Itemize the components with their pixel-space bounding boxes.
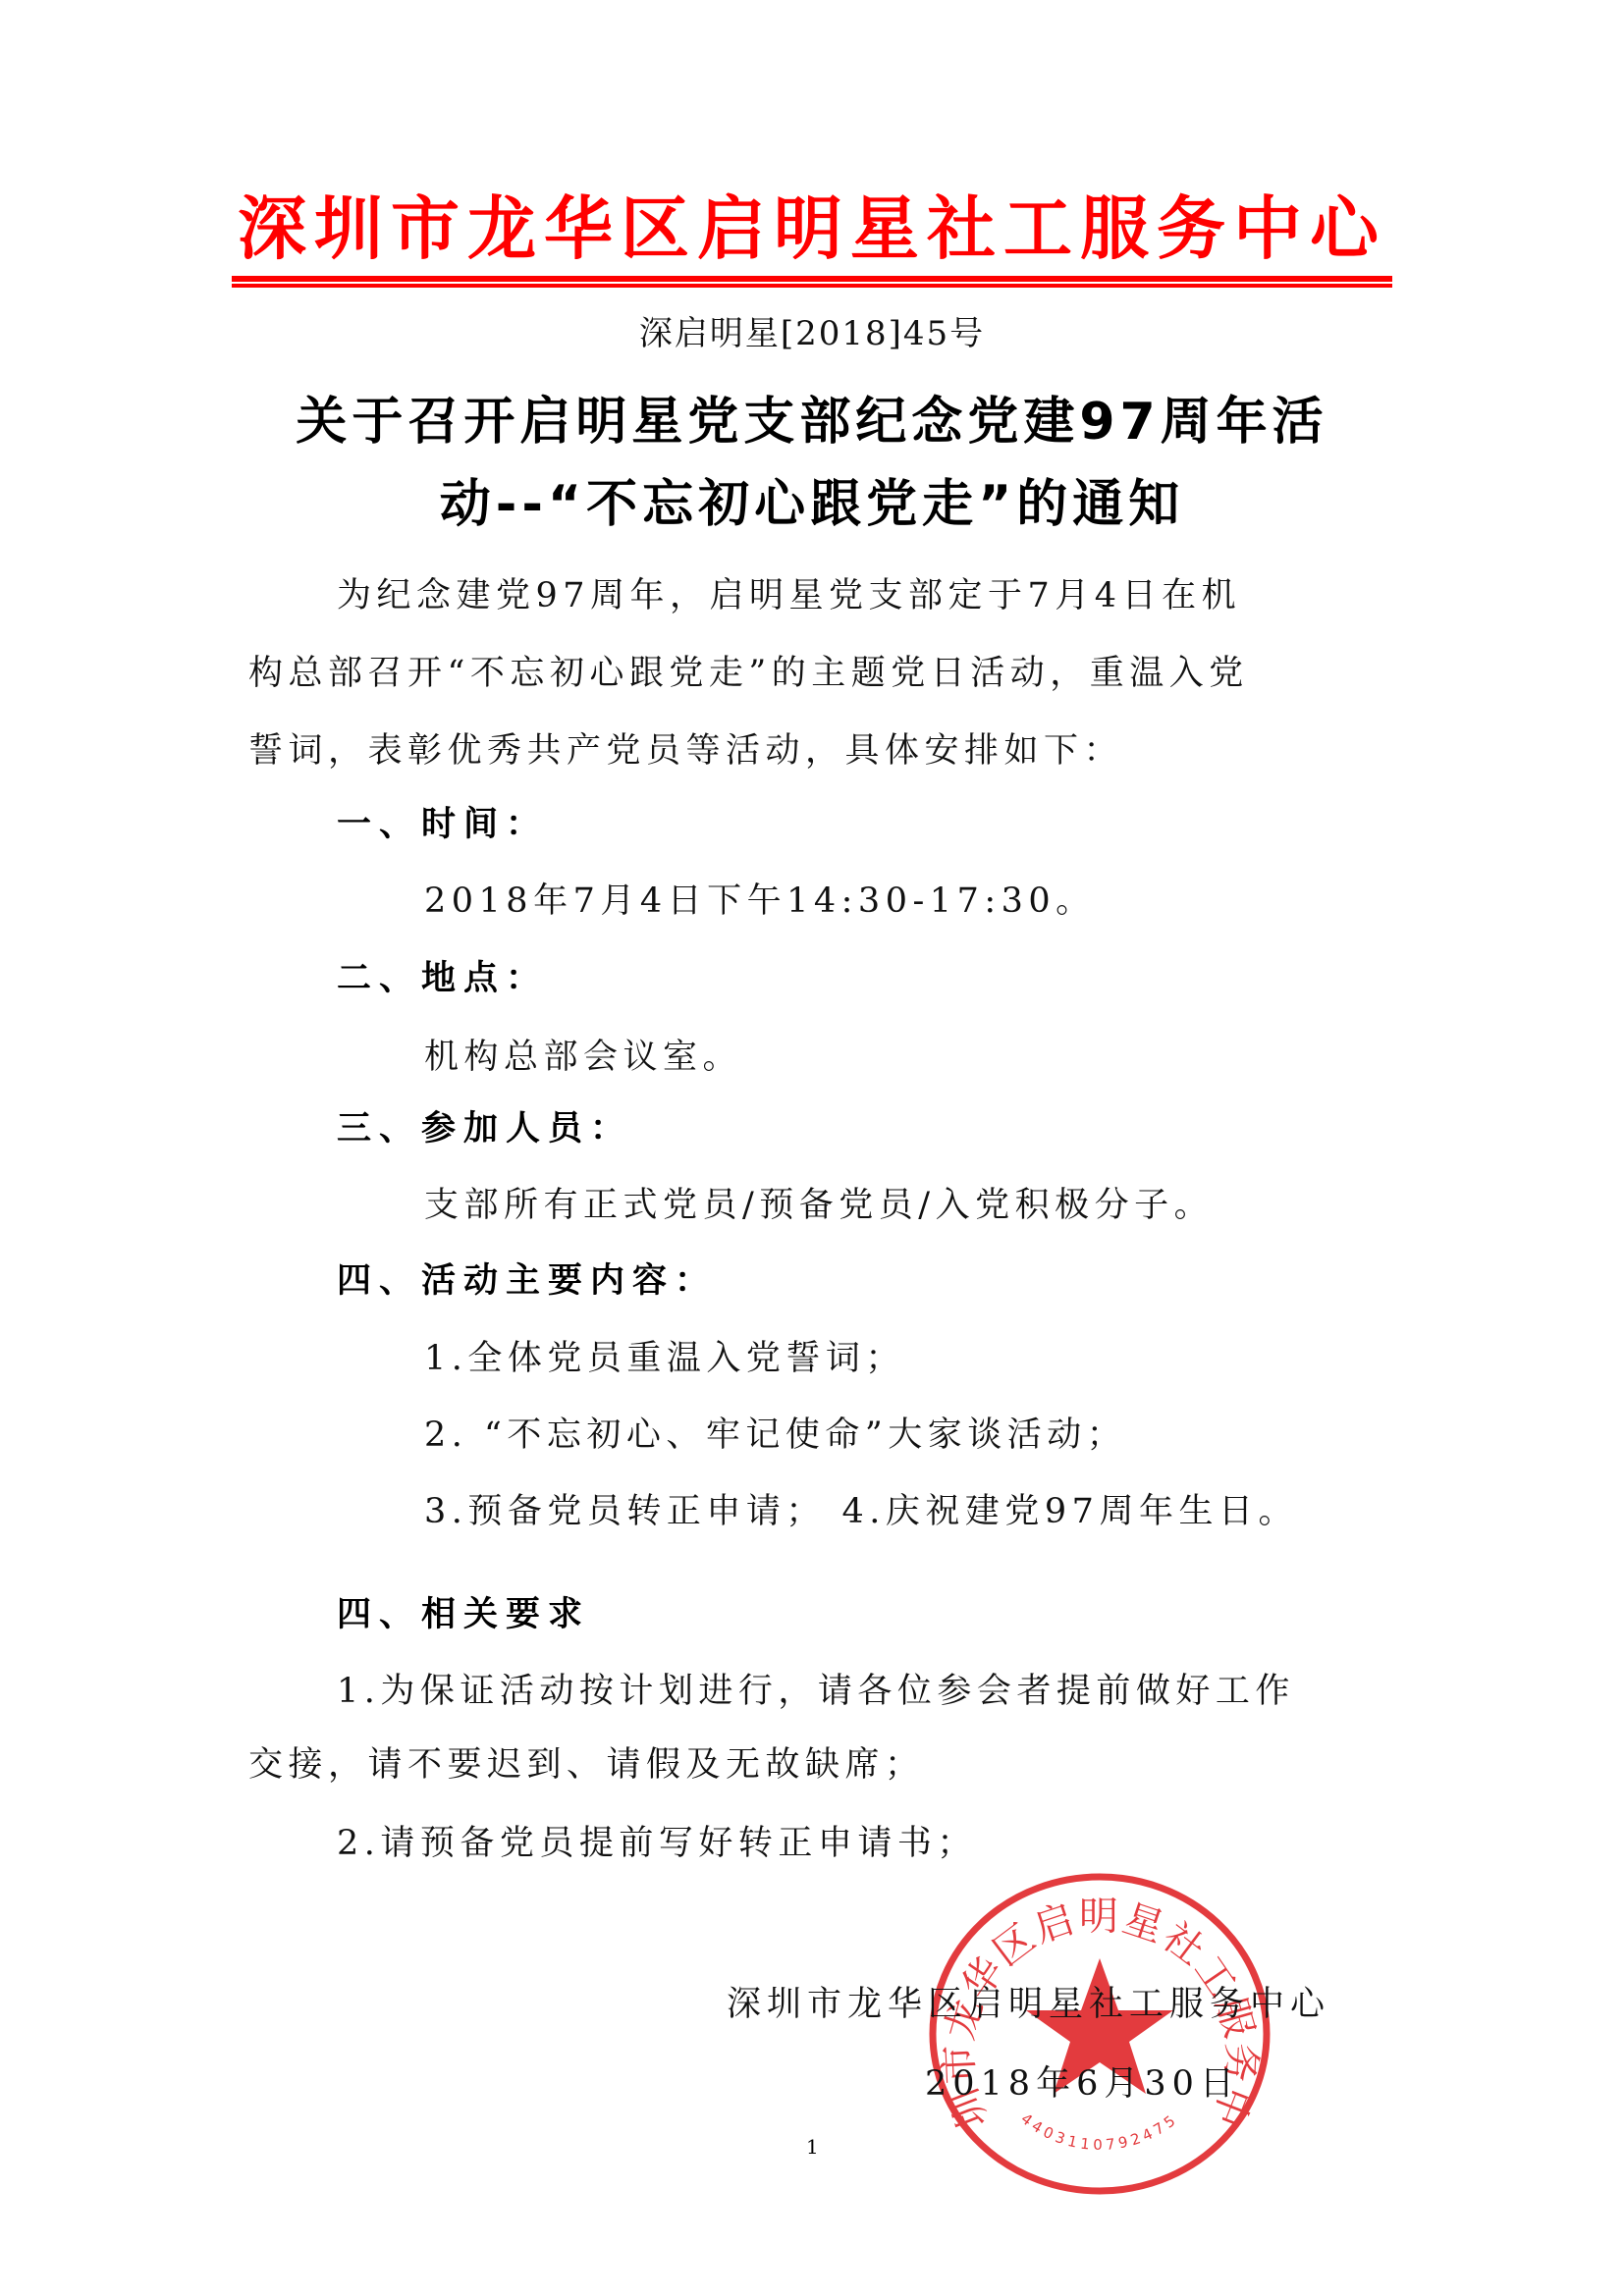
stamp-code: 4403110792475 xyxy=(1017,2109,1181,2154)
title-line-2: 动--“不忘初心跟党走”的通知 xyxy=(0,473,1624,536)
title-line-1: 关于召开启明星党支部纪念党建97周年活 xyxy=(0,391,1624,454)
activity-item-3-4: 3.预备党员转正申请； 4.庆祝建党97周年生日。 xyxy=(424,1489,1298,1534)
section-content-location: 机构总部会议室。 xyxy=(424,1035,742,1080)
section-heading-activities: 四、活动主要内容： xyxy=(337,1258,717,1304)
section-heading-participants: 三、参加人员： xyxy=(337,1106,632,1151)
signature-organization: 深圳市龙华区启明星社工服务中心 xyxy=(727,1982,1330,2027)
intro-line-2: 构总部召开“不忘初心跟党走”的主题党日活动，重温入党 xyxy=(248,651,1249,696)
section-heading-requirements: 四、相关要求 xyxy=(337,1592,590,1637)
intro-line-3: 誓词，表彰优秀共产党员等活动，具体安排如下： xyxy=(248,728,1123,774)
requirement-item-1: 1.为保证活动按计划进行，请各位参会者提前做好工作 xyxy=(337,1669,1295,1714)
section-heading-location: 二、地点： xyxy=(337,956,548,1001)
section-content-time: 2018年7月4日下午14:30-17:30。 xyxy=(424,879,1096,924)
document-page: 深圳市龙华区启明星社工服务中心 深启明星[2018]45号 关于召开启明星党支部… xyxy=(0,0,1624,2296)
official-seal-stamp: 深圳市龙华区启明星社工服务中心 4403110792475 xyxy=(923,1865,1276,2199)
document-number: 深启明星[2018]45号 xyxy=(0,312,1624,355)
section-content-participants: 支部所有正式党员/预备党员/入党积极分子。 xyxy=(424,1183,1214,1228)
activity-item-2: 2. “不忘初心、牢记使命”大家谈活动； xyxy=(424,1413,1126,1458)
letterhead-rule-thin xyxy=(232,284,1392,288)
signature-date: 2018年6月30日 xyxy=(925,2061,1240,2107)
intro-line-1: 为纪念建党97周年，启明星党支部定于7月4日在机 xyxy=(337,573,1241,618)
page-number: 1 xyxy=(806,2135,819,2159)
requirement-item-2: 2.请预备党员提前写好转正申请书； xyxy=(337,1821,977,1866)
letterhead-rule-thick xyxy=(232,276,1392,282)
activity-item-1: 1.全体党员重温入党誓词； xyxy=(424,1336,905,1381)
requirement-item-1-cont: 交接，请不要迟到、请假及无故缺席； xyxy=(248,1742,925,1788)
svg-text:4403110792475: 4403110792475 xyxy=(1017,2109,1181,2154)
letterhead-organization-name: 深圳市龙华区启明星社工服务中心 xyxy=(0,187,1624,271)
section-heading-time: 一、时间： xyxy=(337,802,548,847)
